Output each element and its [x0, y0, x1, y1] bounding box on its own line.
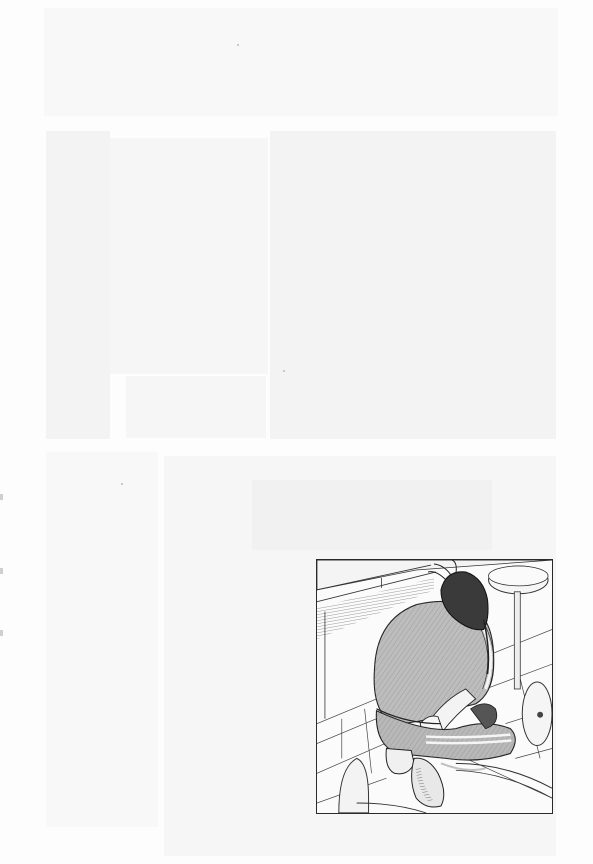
speck: [283, 370, 285, 372]
binding-mark: [0, 630, 3, 636]
manga-page: [0, 0, 593, 864]
binding-mark: [0, 568, 3, 574]
speck: [121, 483, 123, 485]
ghost-panel-bottom-inset: [252, 480, 492, 550]
binding-mark: [0, 494, 3, 500]
main-panel: [316, 559, 553, 814]
ghost-panel-mid-left: [46, 131, 110, 439]
crouching-figure-illustration: [317, 560, 552, 813]
ghost-panel-mid-right: [270, 131, 556, 439]
ghost-panel-mid-inner: [110, 138, 268, 374]
ghost-panel-top: [44, 8, 558, 116]
speck: [237, 44, 239, 46]
ghost-panel-bottom-left: [46, 452, 158, 827]
ghost-panel-mid-inner-bottom: [126, 376, 266, 438]
